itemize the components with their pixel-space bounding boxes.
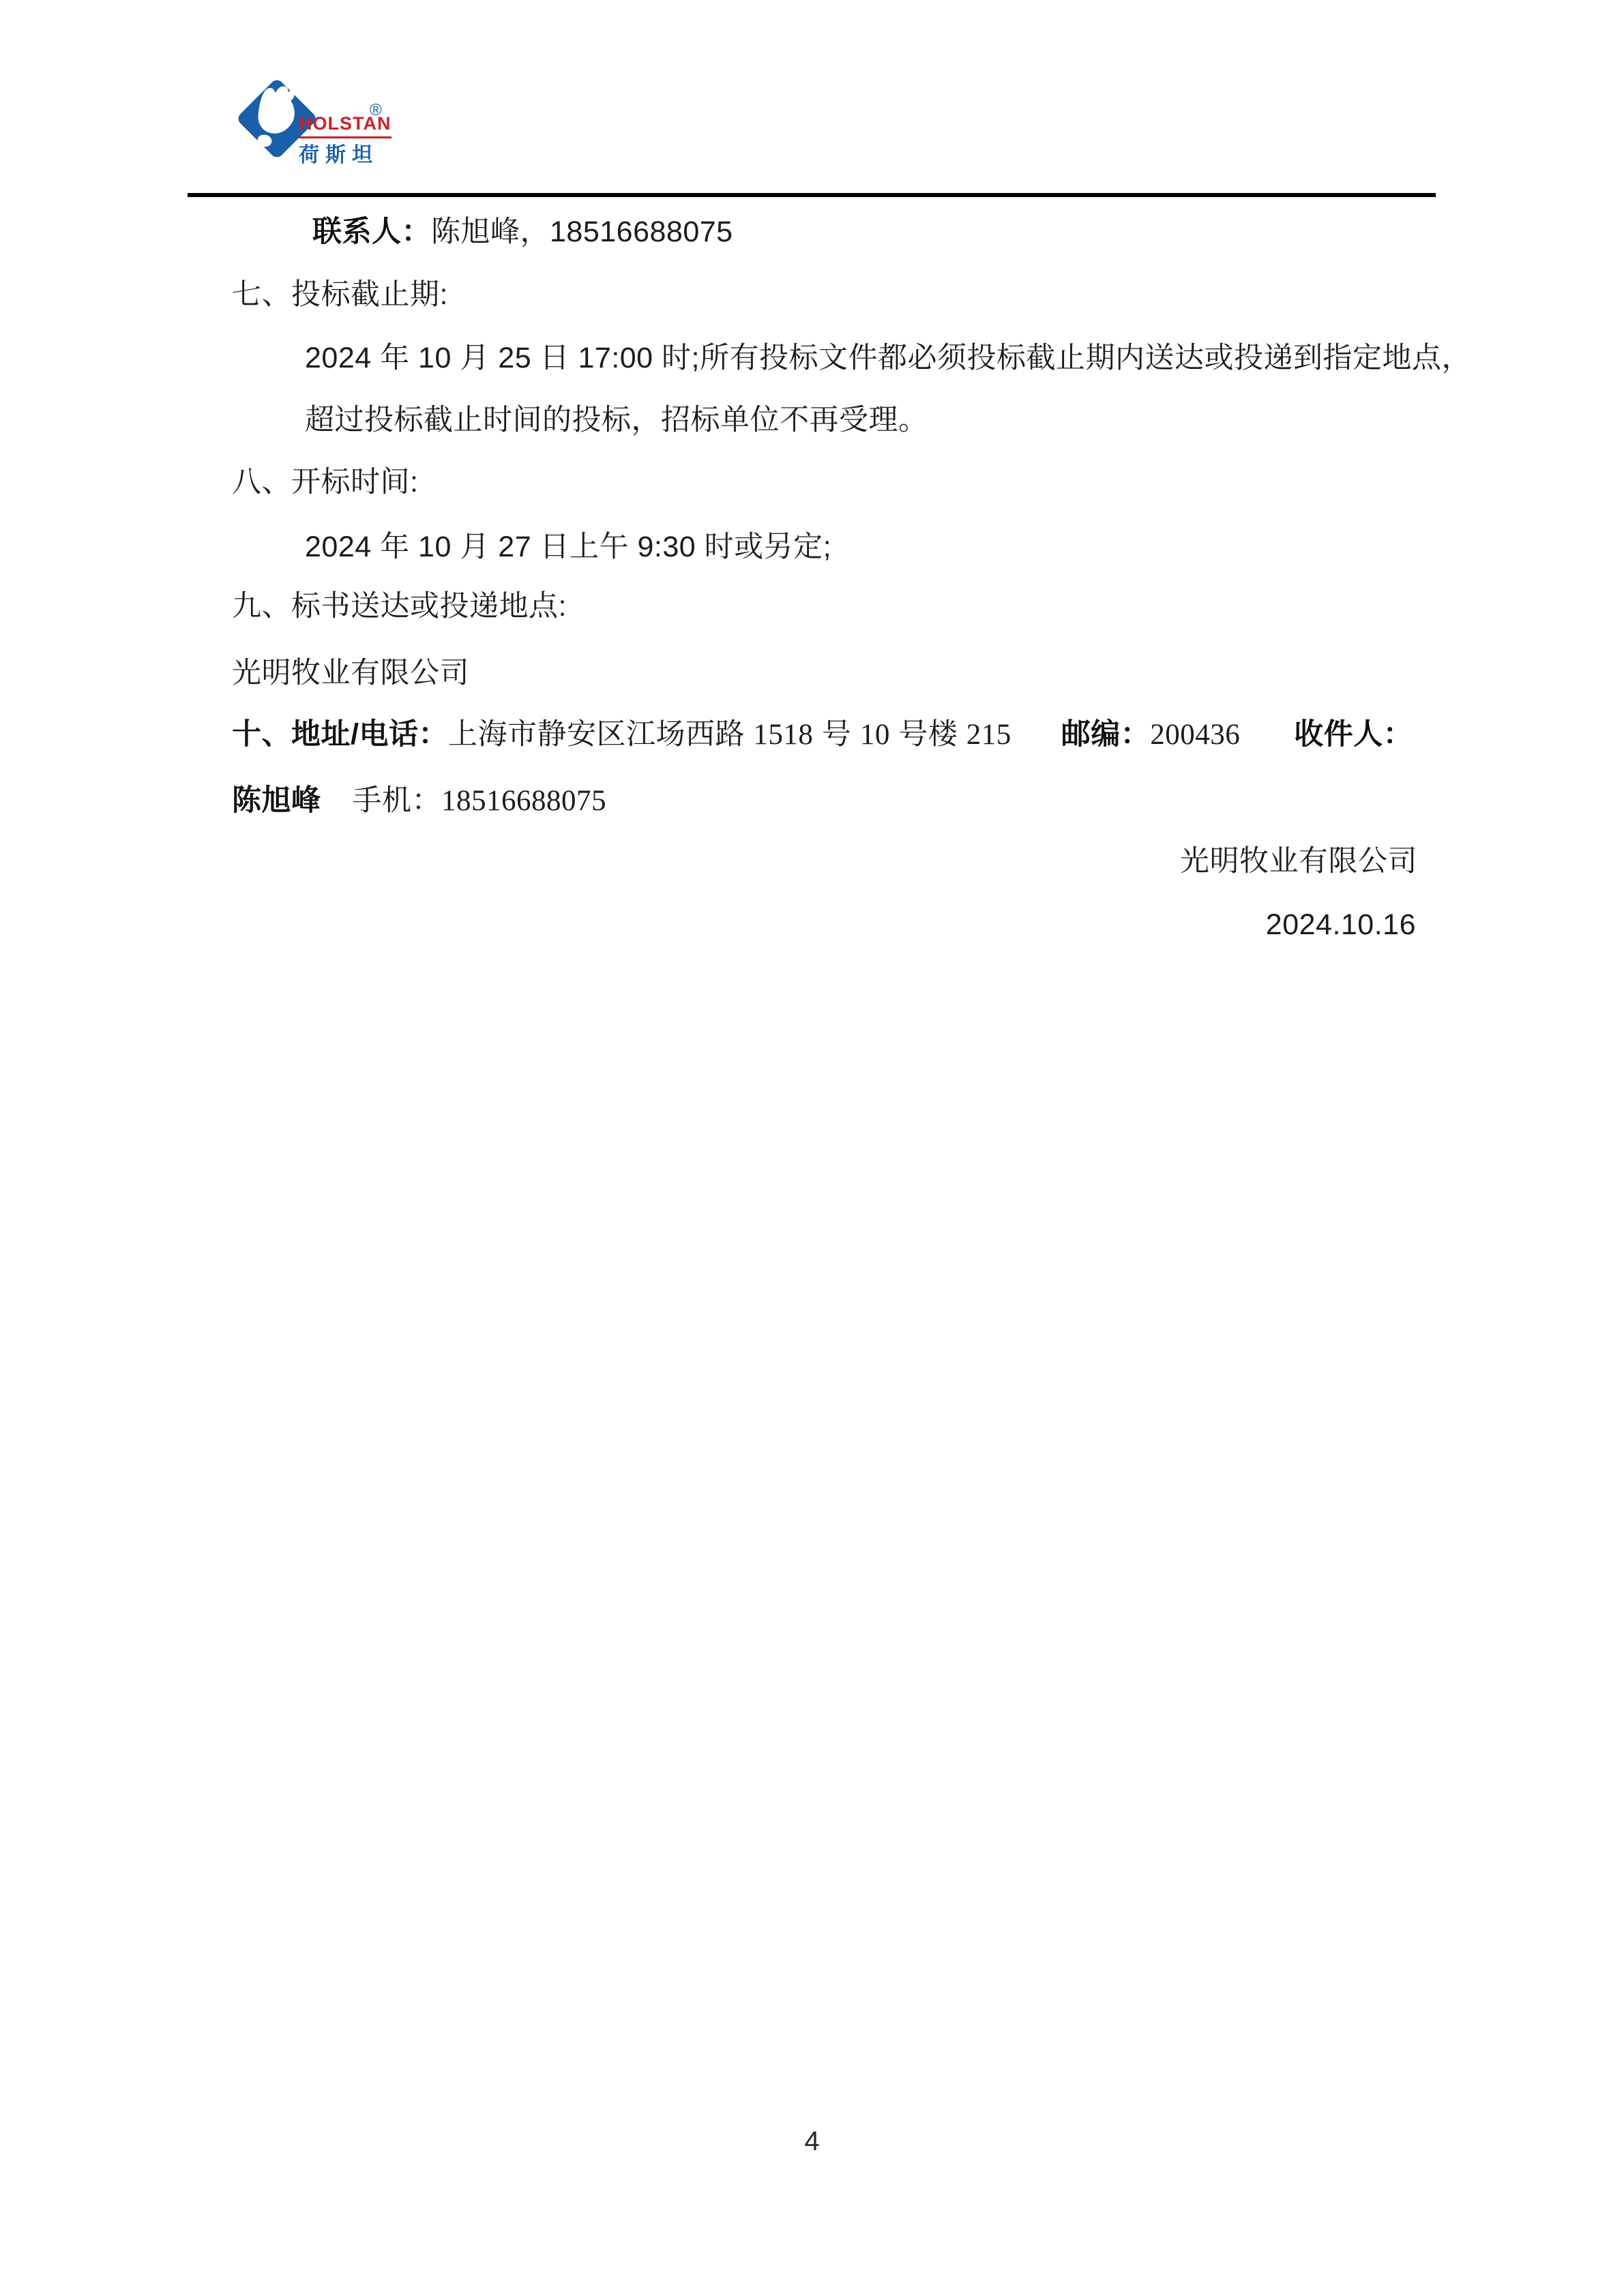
section7-para2: 超过投标截止时间的投标，招标单位不再受理。: [305, 402, 928, 438]
address-building-number: 10: [860, 719, 890, 751]
address-text: 号: [813, 718, 859, 751]
signature-date: 2024.10.16: [1266, 907, 1416, 942]
document-page: ® HOLSTAN 荷斯坦 联系人：陈旭峰，18516688075 七、投标截止…: [0, 0, 1624, 2296]
page-number: 4: [0, 2126, 1624, 2157]
contact-line: 联系人：陈旭峰，18516688075: [312, 214, 733, 250]
section9-heading: 九、标书送达或投递地点:: [232, 588, 567, 624]
address-text: 号楼: [890, 718, 966, 751]
signature-company: 光明牧业有限公司: [1180, 844, 1417, 879]
section9-company: 光明牧业有限公司: [232, 655, 469, 691]
recipient-name: 陈旭峰: [232, 784, 321, 817]
logo-brand-cn: 荷斯坦: [299, 138, 379, 168]
section7-para1: 2024 年 10 月 25 日 17:00 时;所有投标文件都必须投标截止期内…: [305, 340, 1471, 376]
phone-label: 手机：: [353, 784, 442, 817]
logo-brand-en: HOLSTAN: [299, 113, 392, 138]
phone-value: 18516688075: [441, 785, 606, 817]
address-text: 上海市静安区江场西路: [448, 718, 753, 751]
zip-value: 200436: [1150, 719, 1240, 751]
recipient-line: 陈旭峰手机：18516688075: [232, 783, 606, 819]
section7-heading: 七、投标截止期:: [232, 277, 448, 312]
contact-value: 陈旭峰，18516688075: [431, 215, 733, 248]
address-line: 十、地址/电话：上海市静安区江场西路 1518 号 10 号楼 215邮编：20…: [232, 717, 1413, 753]
address-label: 十、地址/电话：: [232, 718, 448, 751]
holstan-logo: ® HOLSTAN 荷斯坦: [231, 68, 408, 167]
zip-label: 邮编：: [1061, 718, 1151, 751]
section8-para1: 2024 年 10 月 27 日上午 9:30 时或另定;: [305, 529, 831, 565]
section8-heading: 八、开标时间:: [232, 464, 418, 500]
address-street-number: 1518: [753, 719, 813, 751]
header-divider: [188, 193, 1436, 197]
contact-label: 联系人：: [312, 215, 431, 248]
address-room-number: 215: [966, 719, 1012, 751]
recipient-label: 收件人：: [1294, 718, 1413, 751]
